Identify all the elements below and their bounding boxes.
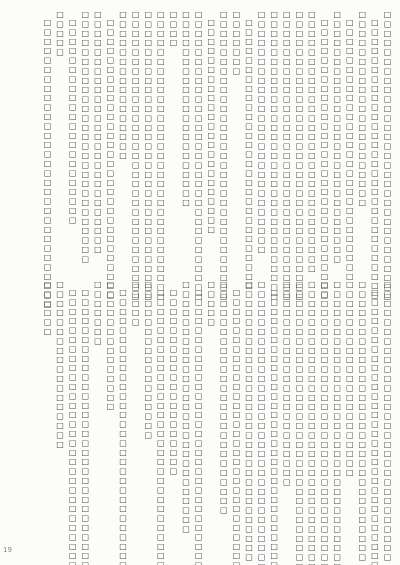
text-column: □□□□□□□□□□□□□□□□□□□□□□□□□ xyxy=(217,280,230,552)
text-column: □□□□□□□□□□□□□□□□□□□□□□□□□□□□□□□ xyxy=(217,10,230,272)
text-column: □□□□□□□□□□□□□□□□□□□□□□□□□□□□□□□ xyxy=(192,10,205,272)
text-column: □□□□□□□□□□□□□□□□□□□□□□□□□□□□□□□ xyxy=(280,10,293,272)
text-column: □□□□□□□□□□□□□□□□□□□□□□□□□□□□□□□ xyxy=(305,280,318,552)
text-column: □□□□□□□□□□□□□□□□□□□□□□□□□□□□□□ xyxy=(229,280,242,552)
text-column: □□□□□□□□□□□□□□□□□□□□□□□□□□□□□□□ xyxy=(380,10,393,272)
text-column: □□□□□□□□□□□□□□□□□□□□□□□□□□□□□□ xyxy=(192,280,205,552)
text-column: □□□□□□□ xyxy=(91,280,104,552)
text-column: □□□□□□□□□□□□□□□□□□□□□□□□□□□□□□□ xyxy=(267,10,280,272)
text-column: □□□□□ xyxy=(204,280,217,552)
text-column: □□□□□□□ xyxy=(229,10,242,272)
text-column: □□□□□□ xyxy=(40,280,53,552)
text-column: □□□□□□□□□□□□□□□□□□□□□□□□□□□□□□ xyxy=(368,10,381,272)
text-column: □□□□□□□□□□□□□□□□□□□□□□□□□□□□□□ xyxy=(368,280,381,552)
text-column: □□□□□□□□□□□□□□□□□□□□□□□□□□□ xyxy=(179,280,192,552)
text-column: □□□□□□□□□□□□□□□□□□□□□□□□□□ xyxy=(91,10,104,272)
text-column: □□□□□□□□□□□□□□□□□□□□ xyxy=(166,280,179,552)
scanned-page: □□□□□□□□□□□□□□□□□□□□□□□□□□□□□□□□□□□□□□□□… xyxy=(0,0,400,565)
text-column: □□□□□□□□□□□□□□□□□□□□□□□□□□□□□□□ xyxy=(317,280,330,552)
page-number: 19 xyxy=(3,546,12,554)
text-column: □□□□□□□□□□□□□□□□□□□□□□□□□□□□□□□ xyxy=(40,10,53,272)
text-column: □□□□□□□□□□□□□□□□□□ xyxy=(53,280,66,552)
text-column: □□□□□□□□□□□□□□□□□□□□□□□□□□□□□□ xyxy=(242,280,255,552)
text-column: □□□□□□□□□□□□□□□□□□□□□□□□□□□□□□□ xyxy=(292,10,305,272)
text-column: □□□□□□□□□□□□□□□□□□□□□□□□□□□□□□□ xyxy=(254,280,267,552)
text-column: □□□□□ xyxy=(129,280,142,552)
text-column: □□□□□□□□□□□□□□□□□□□□□□□□□□□□□□□ xyxy=(292,280,305,552)
text-column: □□□□□□□□□□□□□□□□□□□□□□□□□□□□□□ xyxy=(66,280,79,552)
text-column: □□□□□□□□□□□□□□□□□□□□□□□□□□□□□□ xyxy=(78,280,91,552)
text-column: □□□□□□□□□□□□□□□□□□□□□□□□□□□□□□□ xyxy=(154,10,167,272)
text-column: □□□□□□□□□□□□□□□□□□□□□□□□□□□□ xyxy=(343,10,356,272)
text-column: □□□□□□□□□□□□□□□□□□□□□ xyxy=(179,10,192,272)
text-column: □□□□□□□□□□□□□□□□□□□□□□□□□□□□□□ xyxy=(317,10,330,272)
text-column: □□□□□□□□□□□□□□□□□□□□□□□□□□ xyxy=(254,10,267,272)
text-column: □□□□□□□□□□□□□□□□ xyxy=(116,10,129,272)
text-column: □□□□□□□□□□□□□□□□□□□□□□□□□□□□□□□ xyxy=(330,280,343,552)
text-column: □□□□□□□□□□□□□□□□□□□□□ xyxy=(355,10,368,272)
text-column: □□□□□□□□□□□□□□□□□□□□□□□□□□□□□□ xyxy=(380,280,393,552)
text-column: □□□□□□□□□□□□□□□□□□□□□□□ xyxy=(204,10,217,272)
text-column: □□□□□□□□□□□□□□□□□□□□□□□□□□□□□ xyxy=(242,10,255,272)
text-column: □□□□□□□□□□□□□□□□□□□□□□□□□□□ xyxy=(78,10,91,272)
text-column: □□□□□□□□□□□□□□□□□□□□□□□□□□□□□□ xyxy=(267,280,280,552)
text-band-upper: □□□□□□□□□□□□□□□□□□□□□□□□□□□□□□□□□□□□□□□□… xyxy=(40,10,393,272)
text-column: □□□□□□□□□□□□□□□□□□□□□□□□□□□□□□□ xyxy=(141,10,154,272)
text-column: □□□□□□□□□□□□□□□□□ xyxy=(141,280,154,552)
text-column: □□□□□□□□□□□□□□□□□□□□□□ xyxy=(66,10,79,272)
text-column: □□□□□□□□□□□□□□□□□□□□□□□□□□□□□□ xyxy=(355,280,368,552)
text-column: □□□□ xyxy=(166,10,179,272)
text-band-lower: □□□□□□□□□□□□□□□□□□□□□□□□□□□□□□□□□□□□□□□□… xyxy=(40,280,393,552)
text-column: □□□□□ xyxy=(53,10,66,272)
text-column: □□□□□□□□□□□□□□□□□□□□□□□□□□□ xyxy=(330,10,343,272)
text-column: □□□□□□□□□□□□□□□□□□□□□□□□□□□□□□ xyxy=(116,280,129,552)
text-column: □□□□□□□□□□□□□□□□□□□□□□□□□□□□□□□ xyxy=(129,10,142,272)
text-column: □□□□□□□□□□□□□□□□□□□□□□□□□□□□ xyxy=(305,10,318,272)
text-column: □□□□□□□□□□□□□□ xyxy=(103,280,116,552)
text-column: □□□□□□□□□□□□□□□□□□□□□ xyxy=(343,280,356,552)
text-column: □□□□□□□□□□□□□□□□□□□□□□ xyxy=(280,280,293,552)
text-column: □□□□□□□□□□□□□□□□□□□□□□□□□□□□□□□ xyxy=(154,280,167,552)
text-column: □□□□□□□□□□□□□□□□□□□□□□□□□□□□□□ xyxy=(103,10,116,272)
